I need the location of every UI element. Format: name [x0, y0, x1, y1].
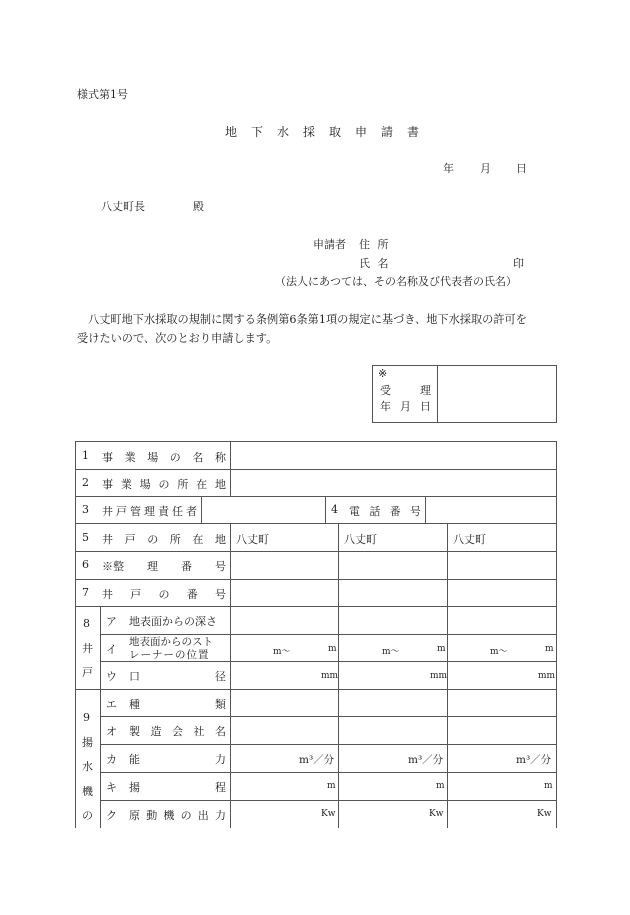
row8b-kana: イ — [106, 641, 117, 657]
section9-title-2: 水 — [82, 758, 93, 774]
row9a-label: 種類 — [129, 696, 226, 712]
receipt-label-2c: 日 — [420, 398, 431, 414]
row9b-label: 製造会社名 — [129, 723, 226, 739]
strainer-unit-end-3: m — [545, 644, 554, 654]
row4-num: 4 — [331, 503, 338, 516]
row6-label: ※整理番号 — [102, 558, 226, 574]
row8b-label-line2: レーナーの位置 — [129, 647, 210, 662]
row2-num: 2 — [82, 476, 89, 489]
row6-num: 6 — [82, 558, 89, 571]
well-location-2[interactable]: 八丈町 — [344, 531, 377, 547]
diameter-unit-3: mm — [538, 671, 555, 681]
receipt-input[interactable] — [438, 366, 556, 422]
date-day: 日 — [516, 160, 527, 176]
applicant-name-label: 氏 名 — [359, 255, 389, 271]
page-title: 地下水採取申請書 — [225, 123, 433, 140]
section9-title-1: 揚 — [82, 734, 93, 750]
diameter-unit-2: mm — [430, 671, 447, 681]
well-manager-field[interactable] — [202, 497, 325, 523]
row9d-label: 揚程 — [129, 779, 226, 795]
date-year: 年 — [443, 160, 454, 176]
capacity-unit-2: m³／分 — [408, 752, 443, 767]
well-location-1[interactable]: 八丈町 — [236, 531, 269, 547]
addressee-honorific: 殿 — [193, 198, 204, 214]
row9c-label: 能力 — [129, 751, 226, 767]
head-unit-3: m — [544, 781, 553, 791]
receipt-mark: ※ — [378, 367, 387, 380]
addressee-name: 八丈町長 — [101, 198, 145, 214]
receipt-box: ※ 受 理 年 月 日 — [372, 365, 557, 423]
strainer-unit-end-1: m — [328, 644, 337, 654]
row9c-kana: カ — [106, 751, 117, 767]
row3-label: 井戸管理責任者 — [102, 503, 197, 519]
strainer-unit-end-2: m — [437, 644, 446, 654]
row7-label: 井戸の番号 — [102, 586, 226, 602]
well-location-3[interactable]: 八丈町 — [453, 531, 486, 547]
row8a-label: 地表面からの深さ — [129, 613, 217, 629]
section9-title-3: 機 — [82, 783, 93, 799]
row1-label: 事業場の名称 — [102, 449, 226, 465]
diameter-unit-1: mm — [321, 671, 338, 681]
section8-title-num: 8 — [83, 617, 90, 630]
row7-num: 7 — [82, 586, 89, 599]
strainer-unit-mid-1: m〜 — [273, 644, 291, 657]
applicant-label: 申請者 — [313, 236, 346, 252]
head-unit-1: m — [327, 781, 336, 791]
row9d-kana: キ — [106, 779, 117, 795]
seal-mark: 印 — [513, 255, 524, 271]
phone-number-field[interactable] — [426, 497, 556, 523]
business-name-field[interactable] — [231, 442, 556, 469]
row5-label: 井戸の所在地 — [102, 531, 226, 547]
motor-output-unit-3: Kw — [537, 809, 551, 819]
receipt-label-1b: 理 — [420, 382, 431, 398]
head-unit-2: m — [436, 781, 445, 791]
row5-num: 5 — [82, 531, 89, 544]
date-month: 月 — [480, 160, 491, 176]
section9-title-4: の — [82, 807, 93, 823]
capacity-unit-3: m³／分 — [516, 752, 551, 767]
section9-title-num: 9 — [83, 711, 90, 724]
section8-title-1: 井 — [82, 640, 93, 656]
row1-num: 1 — [82, 449, 89, 462]
row8c-kana: ウ — [106, 668, 117, 684]
applicant-note: （法人にあつては、その名称及び代表者の氏名） — [275, 273, 517, 289]
row9a-kana: エ — [106, 696, 117, 712]
strainer-unit-mid-2: m〜 — [382, 644, 400, 657]
receipt-label-1a: 受 — [380, 382, 391, 398]
row9e-kana: ク — [106, 807, 117, 823]
row8a-kana: ア — [106, 613, 117, 629]
row8c-label: 口径 — [129, 668, 226, 684]
body-text-line2: 受けたいので、次のとおり申請します。 — [77, 330, 277, 346]
row9b-kana: オ — [106, 723, 117, 739]
section8-title-2: 戸 — [82, 664, 93, 680]
row9e-label: 原動機の出力 — [129, 807, 226, 823]
motor-output-unit-2: Kw — [429, 809, 443, 819]
row2-label: 事業場の所在地 — [102, 476, 226, 492]
body-text-line1: 八丈町地下水採取の規制に関する条例第6条第1項の規定に基づき、地下水採取の許可を — [88, 311, 527, 327]
row3-num: 3 — [82, 503, 89, 516]
applicant-address-label: 住 所 — [359, 236, 389, 252]
receipt-label-2b: 月 — [400, 398, 411, 414]
row4-label: 電話番号 — [349, 503, 421, 519]
form-number: 様式第1号 — [77, 86, 128, 102]
receipt-label-2a: 年 — [380, 398, 391, 414]
strainer-unit-mid-3: m〜 — [490, 644, 508, 657]
business-location-field[interactable] — [231, 470, 556, 496]
capacity-unit-1: m³／分 — [299, 752, 334, 767]
motor-output-unit-1: Kw — [321, 809, 335, 819]
